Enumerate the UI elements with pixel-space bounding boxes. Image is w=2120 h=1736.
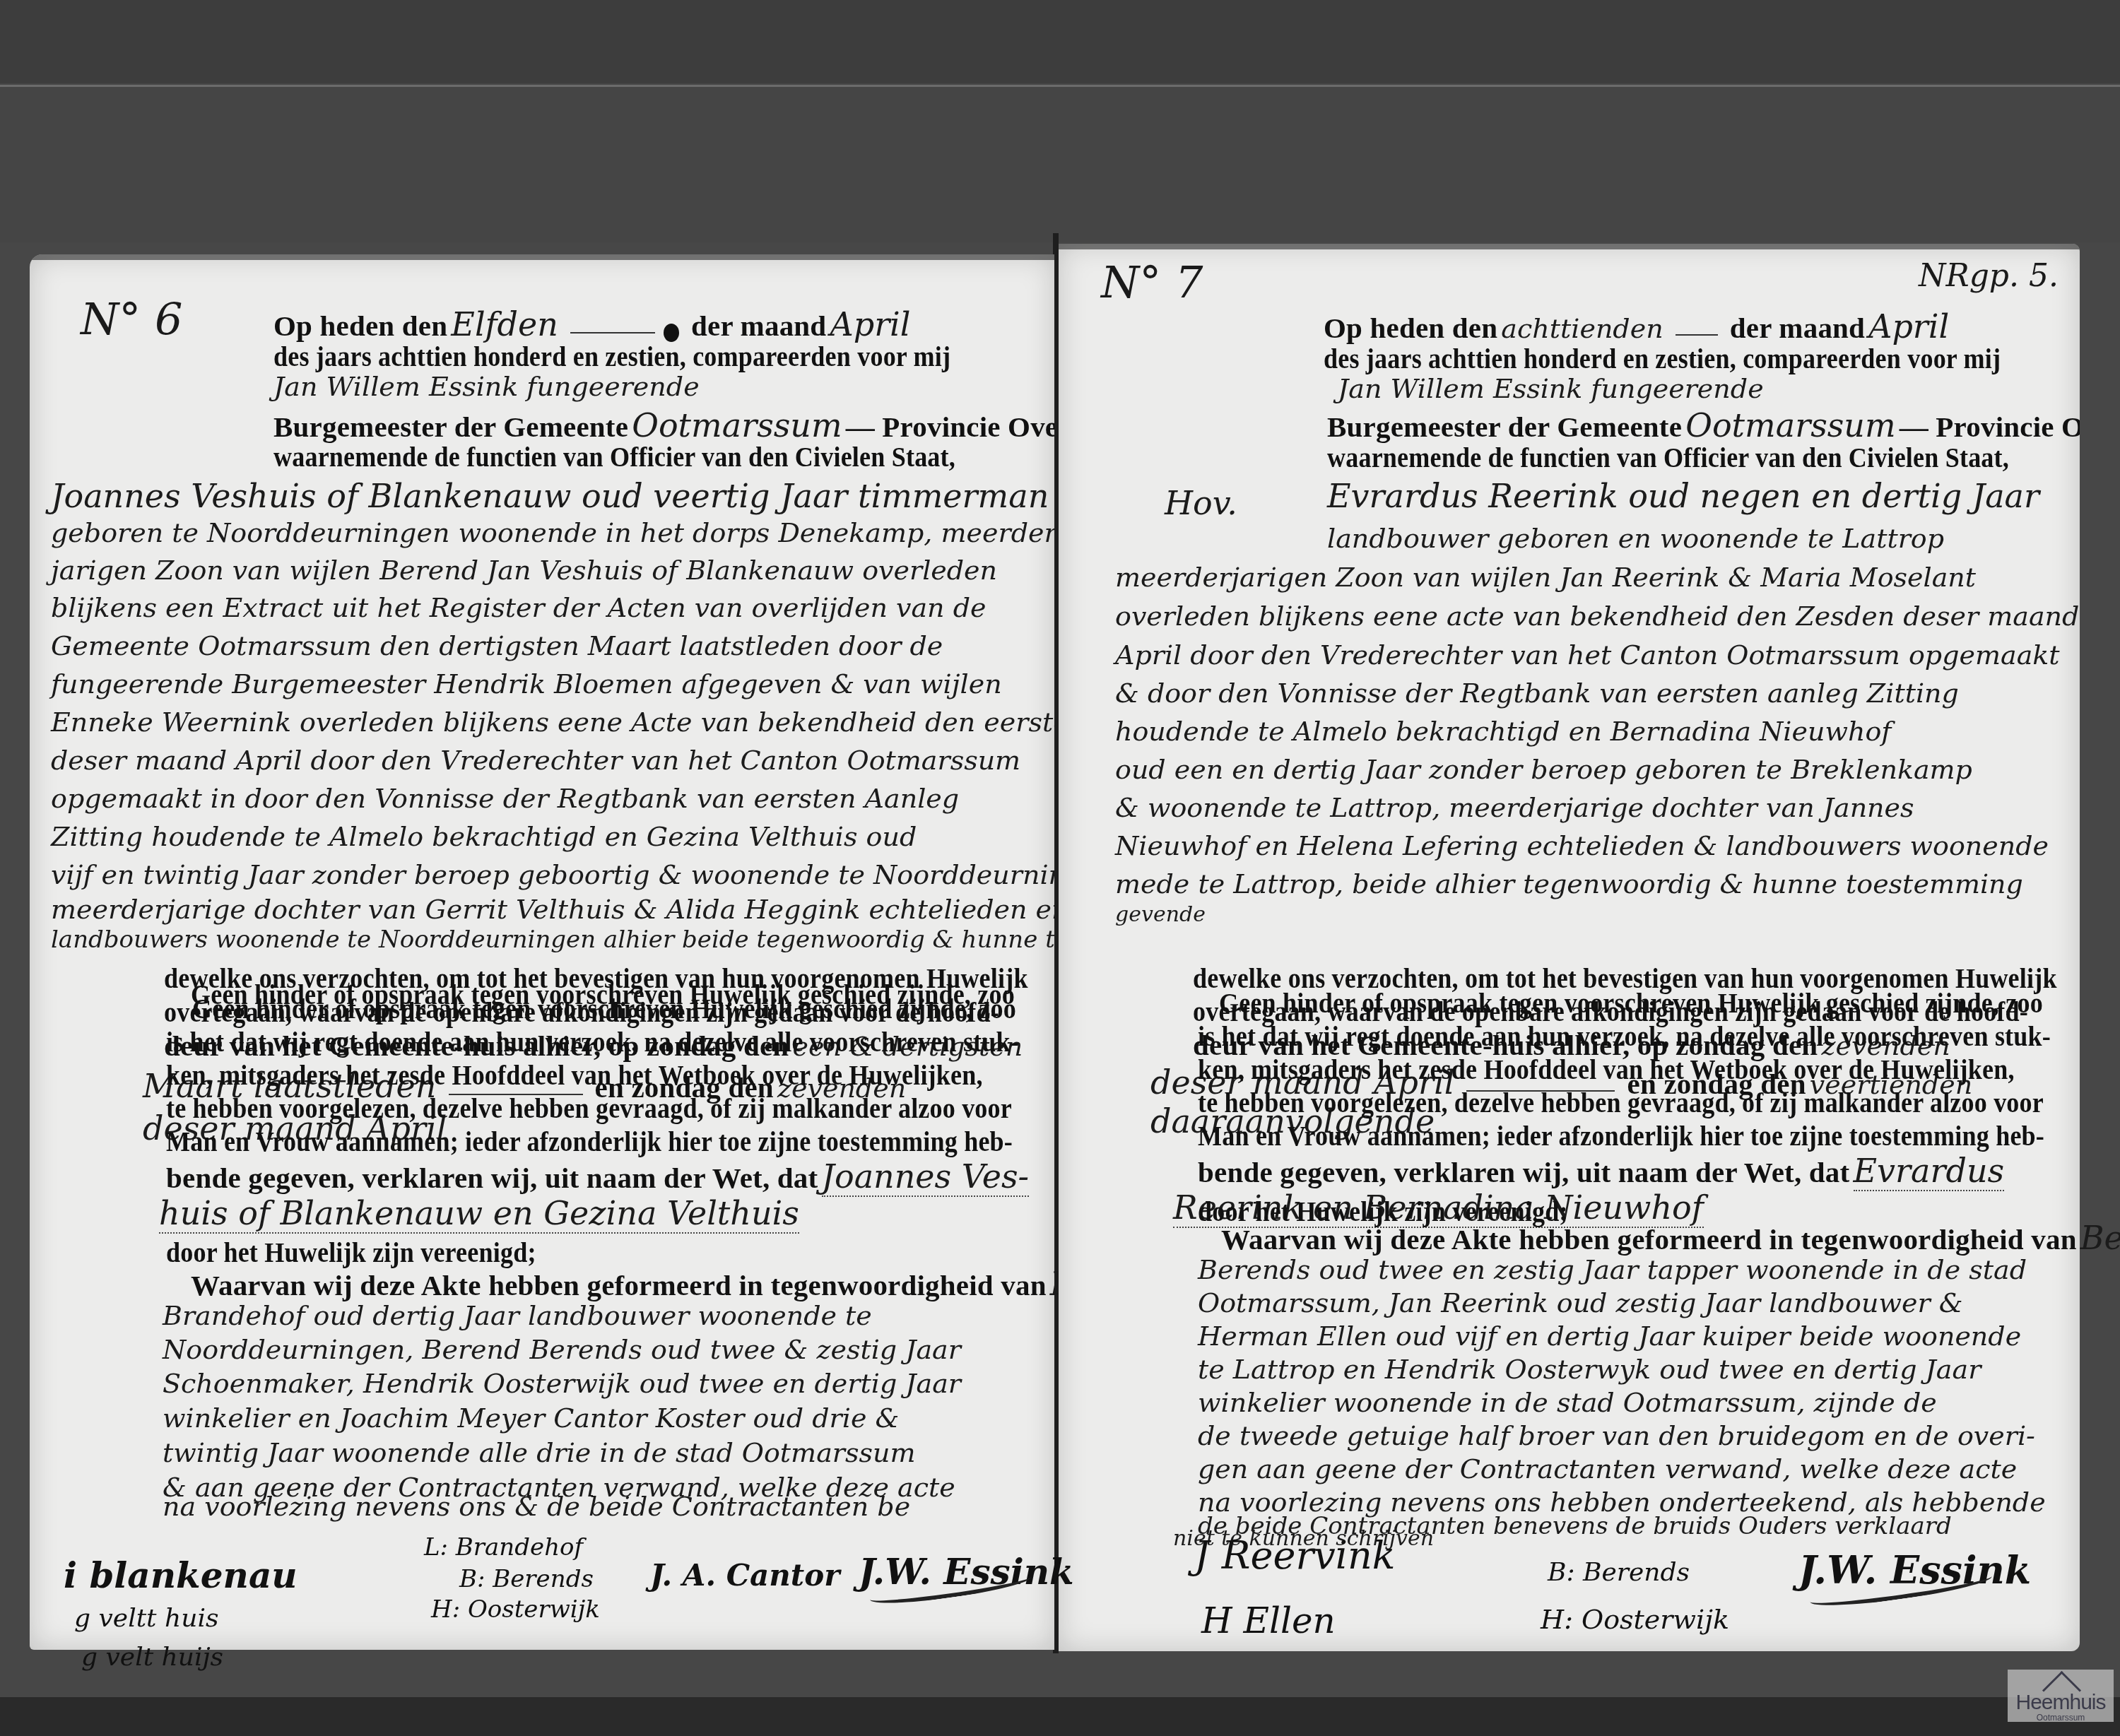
signature-witness-3: H: Oosterwijk [1541, 1604, 1729, 1635]
signature-bride: g veltt huis [74, 1604, 218, 1633]
signature-groom: J Reervink [1194, 1533, 1395, 1578]
signature-witness-1: L: Brandehof [424, 1533, 583, 1561]
signature-groom: i blankenau [64, 1554, 298, 1596]
left-witness-tail: na voorlezing nevens ons & de beide Cont… [0, 0, 2120, 1736]
signature-father: g velt huijs [81, 1643, 223, 1672]
signature-witness-3: H: Oosterwijk [431, 1595, 600, 1624]
heemhuis-watermark: Heemhuis Ootmarssum [2008, 1670, 2114, 1722]
signature-witness-1: B: Berends [1548, 1558, 1690, 1587]
signature-witness-2: H Ellen [1201, 1600, 1336, 1641]
signature-witness-2: B: Berends [459, 1565, 594, 1593]
signature-witness-4: J. A. Cantor [650, 1558, 840, 1593]
